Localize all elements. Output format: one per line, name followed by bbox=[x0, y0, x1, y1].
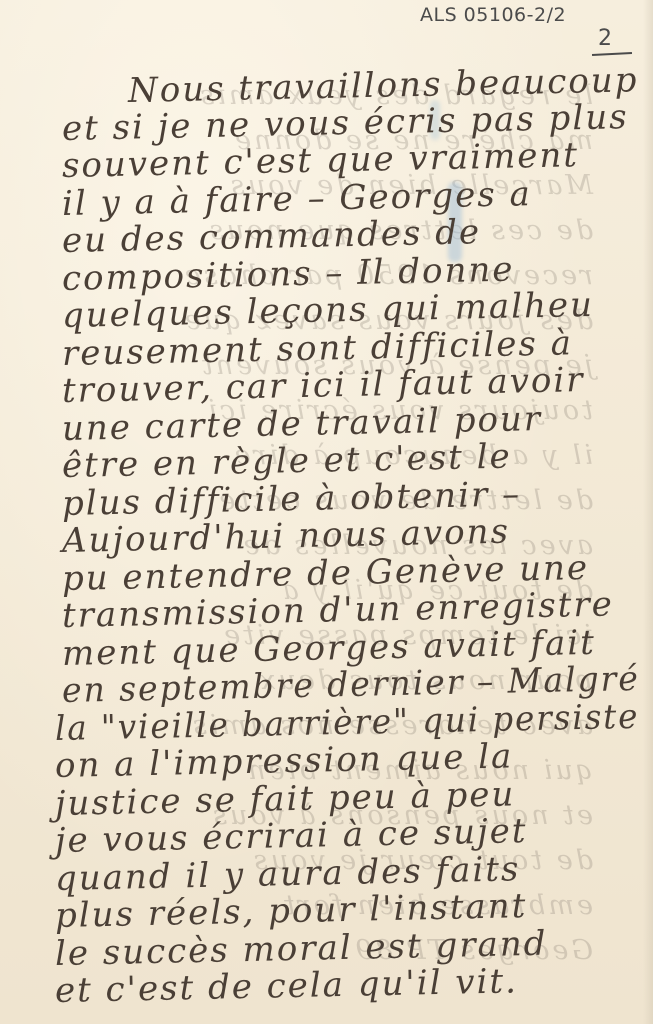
paper-edge-shadow bbox=[643, 0, 653, 1024]
handwritten-letter-body: Nous travaillons beaucoup et si je ne vo… bbox=[0, 0, 653, 1024]
letter-line: et c'est de cela qu'il vit. bbox=[55, 961, 519, 1011]
